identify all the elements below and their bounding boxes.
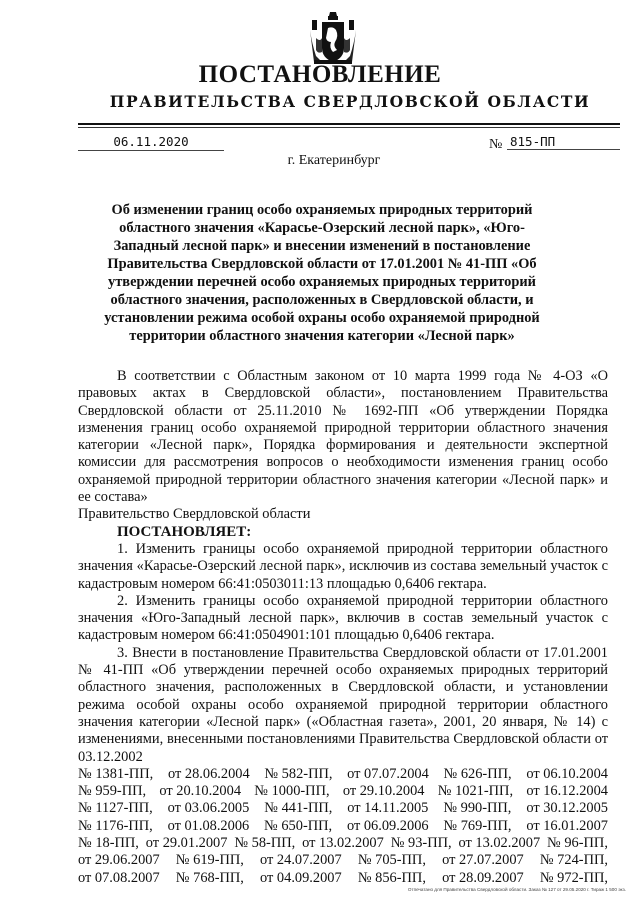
amendments-row: № 1176-ПП,от 01.08.2006№ 650-ПП,от 06.09…: [78, 818, 608, 835]
amendment-ref: № 724-ПП,: [540, 852, 608, 869]
amendment-ref: № 650-ПП,: [264, 818, 332, 835]
amendment-ref: от 24.07.2007: [260, 852, 342, 869]
amendment-ref: от 29.01.2007: [146, 835, 228, 852]
amendment-ref: от 29.06.2007: [78, 852, 160, 869]
document-number: 815-ПП: [507, 133, 620, 150]
decree-item-1: 1. Изменить границы особо охраняемой при…: [78, 541, 608, 593]
amendment-ref: № 18-ПП,: [78, 835, 139, 852]
document-number-label: №: [489, 138, 502, 152]
document-type-heading: ПОСТАНОВЛЕНИЕ: [0, 60, 640, 90]
amendment-ref: № 93-ПП,: [391, 835, 452, 852]
print-footer: Отпечатано для Правительства Свердловско…: [408, 887, 626, 892]
amendment-ref: от 06.09.2006: [347, 818, 429, 835]
document-title: Об изменении границ особо охраняемых при…: [95, 201, 549, 345]
decree-item-3: 3. Внести в постановление Правительства …: [78, 645, 608, 766]
amendment-ref: от 28.09.2007: [442, 870, 524, 887]
amendment-ref: № 626-ПП,: [444, 766, 512, 783]
amendments-row: от 07.08.2007№ 768-ПП,от 04.09.2007№ 856…: [78, 870, 608, 887]
header-divider-thin: [78, 127, 620, 128]
amendments-row: № 1127-ПП,от 03.06.2005№ 441-ПП,от 14.11…: [78, 800, 608, 817]
amendment-ref: № 959-ПП,: [78, 783, 146, 800]
amendments-list: № 1381-ПП,от 28.06.2004№ 582-ПП,от 07.07…: [78, 766, 608, 887]
emblem-icon: [308, 10, 358, 66]
amendment-ref: от 29.10.2004: [343, 783, 425, 800]
coat-of-arms-emblem: [308, 10, 358, 66]
amendment-ref: от 28.06.2004: [168, 766, 250, 783]
amendments-row: № 959-ПП,от 20.10.2004№ 1000-ПП,от 29.10…: [78, 783, 608, 800]
amendment-ref: № 768-ПП,: [176, 870, 244, 887]
issuing-authority: ПРАВИТЕЛЬСТВА СВЕРДЛОВСКОЙ ОБЛАСТИ: [0, 92, 640, 112]
preamble-paragraph: В соответствии с Областным законом от 10…: [78, 368, 608, 506]
amendment-ref: от 03.06.2005: [168, 800, 250, 817]
amendment-ref: от 30.12.2005: [526, 800, 608, 817]
amendment-ref: от 13.02.2007: [458, 835, 540, 852]
amendment-ref: от 16.01.2007: [526, 818, 608, 835]
amendment-ref: от 06.10.2004: [526, 766, 608, 783]
amendments-row: от 29.06.2007№ 619-ПП,от 24.07.2007№ 705…: [78, 852, 608, 869]
document-body: В соответствии с Областным законом от 10…: [78, 368, 608, 887]
amendment-ref: № 990-ПП,: [443, 800, 511, 817]
amendment-ref: № 769-ПП,: [443, 818, 511, 835]
preamble-subject: Правительство Свердловской области: [78, 506, 608, 523]
amendment-ref: от 16.12.2004: [526, 783, 608, 800]
decree-item-2: 2. Изменить границы особо охраняемой при…: [78, 593, 608, 645]
document-date: 06.11.2020: [78, 133, 224, 151]
amendment-ref: № 58-ПП,: [234, 835, 295, 852]
amendments-row: № 18-ПП,от 29.01.2007№ 58-ПП,от 13.02.20…: [78, 835, 608, 852]
amendment-ref: № 1176-ПП,: [78, 818, 153, 835]
amendment-ref: № 441-ПП,: [264, 800, 332, 817]
amendment-ref: № 96-ПП,: [547, 835, 608, 852]
amendment-ref: от 04.09.2007: [260, 870, 342, 887]
amendment-ref: от 13.02.2007: [302, 835, 384, 852]
issue-city: г. Екатеринбург: [0, 153, 640, 169]
amendment-ref: от 07.07.2004: [347, 766, 429, 783]
amendment-ref: № 1127-ПП,: [78, 800, 153, 817]
amendment-ref: от 27.07.2007: [442, 852, 524, 869]
amendment-ref: от 20.10.2004: [159, 783, 241, 800]
amendment-ref: № 1381-ПП,: [78, 766, 153, 783]
header-divider: [78, 123, 620, 125]
amendment-ref: № 705-ПП,: [358, 852, 426, 869]
amendment-ref: № 1021-ПП,: [438, 783, 513, 800]
decree-keyword: ПОСТАНОВЛЯЕТ:: [78, 524, 608, 541]
amendment-ref: № 619-ПП,: [176, 852, 244, 869]
amendment-ref: № 1000-ПП,: [254, 783, 329, 800]
amendment-ref: от 07.08.2007: [78, 870, 160, 887]
amendments-row: № 1381-ПП,от 28.06.2004№ 582-ПП,от 07.07…: [78, 766, 608, 783]
amendment-ref: № 582-ПП,: [264, 766, 332, 783]
amendment-ref: от 14.11.2005: [347, 800, 428, 817]
amendment-ref: № 856-ПП,: [358, 870, 426, 887]
amendment-ref: № 972-ПП,: [540, 870, 608, 887]
amendment-ref: от 01.08.2006: [168, 818, 250, 835]
